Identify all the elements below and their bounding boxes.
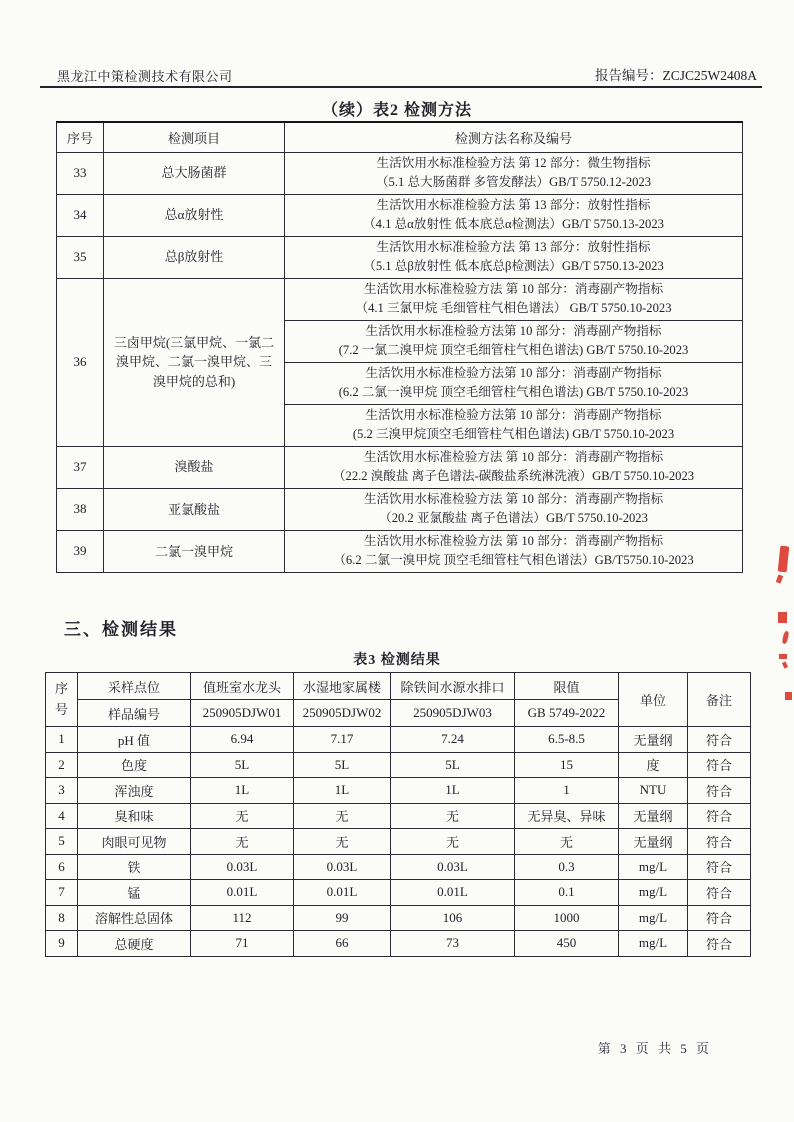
result-value-1: 112 [191,905,294,931]
stamp-fragment [782,631,790,645]
method-line: （5.1 总β放射性 低本底总β检测法）GB/T 5750.13-2023 [287,257,740,277]
row-item: 溴酸盐 [104,446,285,488]
col-header-site-3: 除铁间水源水排口 [391,673,515,700]
result-unit: 无量纲 [619,727,688,753]
result-item: 溶解性总固体 [78,905,191,931]
method-line: (5.2 三溴甲烷顶空毛细管柱气相色谱法) GB/T 5750.10-2023 [287,425,740,445]
row-no: 39 [57,530,104,572]
result-limit: 无 [515,829,619,855]
table-row: 8 溶解性总固体 112 99 106 1000 mg/L 符合 [46,905,751,931]
col-header-site-2: 水湿地家属楼 [294,673,391,700]
method-line: 生活饮用水标准检验方法第 10 部分：消毒副产物指标 [287,364,740,384]
result-value-2: 0.01L [294,880,391,906]
col-header-no: 序 号 [46,673,78,727]
result-unit: 度 [619,752,688,778]
method-line: （22.2 溴酸盐 离子色谱法-碳酸盐系统淋洗液）GB/T 5750.10-20… [287,467,740,487]
sample-id-3: 250905DJW03 [391,700,515,727]
row-method: 生活饮用水标准检验方法第 10 部分：消毒副产物指标 (7.2 一氯二溴甲烷 顶… [285,320,743,362]
result-value-1: 71 [191,931,294,957]
method-line: 生活饮用水标准检验方法 第 12 部分：微生物指标 [287,154,740,174]
stamp-fragment [776,574,783,583]
result-item: 肉眼可见物 [78,829,191,855]
table-row: 36 三卤甲烷(三氯甲烷、一氯二溴甲烷、二氯一溴甲烷、三溴甲烷的总和) 生活饮用… [57,278,743,320]
report-page: { "colors": { "stamp_red": "#d93125" }, … [0,0,794,1122]
row-method: 生活饮用水标准检验方法 第 13 部分：放射性指标 （5.1 总β放射性 低本底… [285,236,743,278]
result-limit: 15 [515,752,619,778]
result-item: 色度 [78,752,191,778]
result-unit: mg/L [619,905,688,931]
result-unit: 无量纲 [619,829,688,855]
results-header-row-1: 序 号 采样点位 值班室水龙头 水湿地家属楼 除铁间水源水排口 限值 单位 备注 [46,673,751,700]
result-unit: mg/L [619,854,688,880]
result-remark: 符合 [688,931,751,957]
row-item: 亚氯酸盐 [104,488,285,530]
table-row: 4 臭和味 无 无 无 无异臭、异味 无量纲 符合 [46,803,751,829]
row-item: 二氯一溴甲烷 [104,530,285,572]
method-line: （4.1 总α放射性 低本底总α检测法）GB/T 5750.13-2023 [287,215,740,235]
result-no: 2 [46,752,78,778]
table2-title: （续）表2 检测方法 [0,97,794,120]
method-line: 生活饮用水标准检验方法 第 13 部分：放射性指标 [287,238,740,258]
limit-standard: GB 5749-2022 [515,700,619,727]
row-item: 三卤甲烷(三氯甲烷、一氯二溴甲烷、二氯一溴甲烷、三溴甲烷的总和) [104,278,285,446]
result-unit: mg/L [619,931,688,957]
result-value-2: 无 [294,829,391,855]
methods-table-header-row: 序号 检测项目 检测方法名称及编号 [57,122,743,152]
row-no: 34 [57,194,104,236]
row-method: 生活饮用水标准检验方法 第 12 部分：微生物指标 （5.1 总大肠菌群 多管发… [285,152,743,194]
method-line: 生活饮用水标准检验方法第 10 部分：消毒副产物指标 [287,406,740,426]
result-value-1: 无 [191,803,294,829]
result-value-3: 73 [391,931,515,957]
result-limit: 无异臭、异味 [515,803,619,829]
result-value-1: 0.03L [191,854,294,880]
col-header-sample-id: 样品编号 [78,700,191,727]
method-line: 生活饮用水标准检验方法 第 10 部分：消毒副产物指标 [287,490,740,510]
result-item: 臭和味 [78,803,191,829]
report-number-label: 报告编号： [595,68,663,83]
result-no: 1 [46,727,78,753]
result-value-3: 1L [391,778,515,804]
result-value-1: 5L [191,752,294,778]
result-remark: 符合 [688,854,751,880]
result-limit: 1000 [515,905,619,931]
result-item: pH 值 [78,727,191,753]
col-header-item: 检测项目 [104,122,285,152]
result-value-1: 0.01L [191,880,294,906]
table-row: 3 浑浊度 1L 1L 1L 1 NTU 符合 [46,778,751,804]
result-remark: 符合 [688,905,751,931]
result-remark: 符合 [688,752,751,778]
table-row: 1 pH 值 6.94 7.17 7.24 6.5-8.5 无量纲 符合 [46,727,751,753]
result-remark: 符合 [688,829,751,855]
row-method: 生活饮用水标准检验方法 第 10 部分：消毒副产物指标 （4.1 三氯甲烷 毛细… [285,278,743,320]
sample-id-2: 250905DJW02 [294,700,391,727]
report-number: 报告编号：ZCJC25W2408A [595,64,757,84]
row-method: 生活饮用水标准检验方法 第 10 部分：消毒副产物指标 （20.2 亚氯酸盐 离… [285,488,743,530]
stamp-fragment [778,546,790,573]
method-line: 生活饮用水标准检验方法第 10 部分：消毒副产物指标 [287,322,740,342]
stamp-fragment [779,654,787,659]
result-value-1: 6.94 [191,727,294,753]
row-item: 总β放射性 [104,236,285,278]
result-unit: NTU [619,778,688,804]
result-no: 3 [46,778,78,804]
table-row: 9 总硬度 71 66 73 450 mg/L 符合 [46,931,751,957]
result-remark: 符合 [688,778,751,804]
method-line: (7.2 一氯二溴甲烷 顶空毛细管柱气相色谱法) GB/T 5750.10-20… [287,341,740,361]
result-remark: 符合 [688,880,751,906]
method-line: （6.2 二氯一溴甲烷 顶空毛细管柱气相色谱法）GB/T5750.10-2023 [287,551,740,571]
methods-table: 序号 检测项目 检测方法名称及编号 33 总大肠菌群 生活饮用水标准检验方法 第… [56,121,743,573]
result-no: 9 [46,931,78,957]
method-line: （5.1 总大肠菌群 多管发酵法）GB/T 5750.12-2023 [287,173,740,193]
method-line: 生活饮用水标准检验方法 第 10 部分：消毒副产物指标 [287,532,740,552]
result-limit: 0.1 [515,880,619,906]
table-row: 37 溴酸盐 生活饮用水标准检验方法 第 10 部分：消毒副产物指标 （22.2… [57,446,743,488]
result-no: 5 [46,829,78,855]
row-method: 生活饮用水标准检验方法第 10 部分：消毒副产物指标 (6.2 二氯一溴甲烷 顶… [285,362,743,404]
row-no: 35 [57,236,104,278]
col-header-no: 序号 [57,122,104,152]
table-row: 33 总大肠菌群 生活饮用水标准检验方法 第 12 部分：微生物指标 （5.1 … [57,152,743,194]
row-method: 生活饮用水标准检验方法 第 10 部分：消毒副产物指标 （22.2 溴酸盐 离子… [285,446,743,488]
col-header-limit: 限值 [515,673,619,700]
result-value-3: 106 [391,905,515,931]
col-header-unit: 单位 [619,673,688,727]
result-remark: 符合 [688,727,751,753]
result-value-2: 1L [294,778,391,804]
result-limit: 1 [515,778,619,804]
row-no: 38 [57,488,104,530]
result-item: 锰 [78,880,191,906]
result-limit: 0.3 [515,854,619,880]
row-method: 生活饮用水标准检验方法 第 13 部分：放射性指标 （4.1 总α放射性 低本底… [285,194,743,236]
result-limit: 6.5-8.5 [515,727,619,753]
page-number: 第 3 页 共 5 页 [598,1038,712,1057]
result-no: 7 [46,880,78,906]
row-no: 37 [57,446,104,488]
table-row: 6 铁 0.03L 0.03L 0.03L 0.3 mg/L 符合 [46,854,751,880]
table3-title: 表3 检测结果 [0,649,794,669]
method-line: （4.1 三氯甲烷 毛细管柱气相色谱法） GB/T 5750.10-2023 [287,299,740,319]
result-value-2: 7.17 [294,727,391,753]
col-header-remark: 备注 [688,673,751,727]
row-method: 生活饮用水标准检验方法 第 10 部分：消毒副产物指标 （6.2 二氯一溴甲烷 … [285,530,743,572]
method-line: (6.2 二氯一溴甲烷 顶空毛细管柱气相色谱法) GB/T 5750.10-20… [287,383,740,403]
result-value-2: 无 [294,803,391,829]
result-item: 总硬度 [78,931,191,957]
result-value-2: 66 [294,931,391,957]
col-header-sampling-point: 采样点位 [78,673,191,700]
result-no: 6 [46,854,78,880]
table-row: 39 二氯一溴甲烷 生活饮用水标准检验方法 第 10 部分：消毒副产物指标 （6… [57,530,743,572]
result-no: 4 [46,803,78,829]
result-value-3: 无 [391,829,515,855]
row-no: 36 [57,278,104,446]
result-value-3: 7.24 [391,727,515,753]
result-value-1: 无 [191,829,294,855]
result-remark: 符合 [688,803,751,829]
result-value-2: 5L [294,752,391,778]
table-row: 7 锰 0.01L 0.01L 0.01L 0.1 mg/L 符合 [46,880,751,906]
result-no: 8 [46,905,78,931]
table-row: 5 肉眼可见物 无 无 无 无 无量纲 符合 [46,829,751,855]
section-title-results: 三、检测结果 [64,615,178,640]
result-value-3: 0.01L [391,880,515,906]
result-unit: 无量纲 [619,803,688,829]
stamp-fragment [778,612,787,623]
header-divider [40,86,762,88]
result-value-3: 5L [391,752,515,778]
table-row: 35 总β放射性 生活饮用水标准检验方法 第 13 部分：放射性指标 （5.1 … [57,236,743,278]
method-line: （20.2 亚氯酸盐 离子色谱法）GB/T 5750.10-2023 [287,509,740,529]
col-header-site-1: 值班室水龙头 [191,673,294,700]
result-value-1: 1L [191,778,294,804]
result-unit: mg/L [619,880,688,906]
row-method: 生活饮用水标准检验方法第 10 部分：消毒副产物指标 (5.2 三溴甲烷顶空毛细… [285,404,743,446]
result-value-3: 0.03L [391,854,515,880]
table-row: 2 色度 5L 5L 5L 15 度 符合 [46,752,751,778]
report-number-value: ZCJC25W2408A [663,68,758,83]
results-table: 序 号 采样点位 值班室水龙头 水湿地家属楼 除铁间水源水排口 限值 单位 备注… [45,672,751,957]
row-item: 总大肠菌群 [104,152,285,194]
method-line: 生活饮用水标准检验方法 第 10 部分：消毒副产物指标 [287,448,740,468]
result-item: 铁 [78,854,191,880]
table-row: 38 亚氯酸盐 生活饮用水标准检验方法 第 10 部分：消毒副产物指标 （20.… [57,488,743,530]
row-item: 总α放射性 [104,194,285,236]
result-value-2: 99 [294,905,391,931]
company-name: 黑龙江中策检测技术有限公司 [57,66,233,85]
table-row: 34 总α放射性 生活饮用水标准检验方法 第 13 部分：放射性指标 （4.1 … [57,194,743,236]
result-value-2: 0.03L [294,854,391,880]
sample-id-1: 250905DJW01 [191,700,294,727]
col-header-method: 检测方法名称及编号 [285,122,743,152]
row-no: 33 [57,152,104,194]
method-line: 生活饮用水标准检验方法 第 13 部分：放射性指标 [287,196,740,216]
result-limit: 450 [515,931,619,957]
result-item: 浑浊度 [78,778,191,804]
stamp-fragment [785,692,792,700]
result-value-3: 无 [391,803,515,829]
method-line: 生活饮用水标准检验方法 第 10 部分：消毒副产物指标 [287,280,740,300]
